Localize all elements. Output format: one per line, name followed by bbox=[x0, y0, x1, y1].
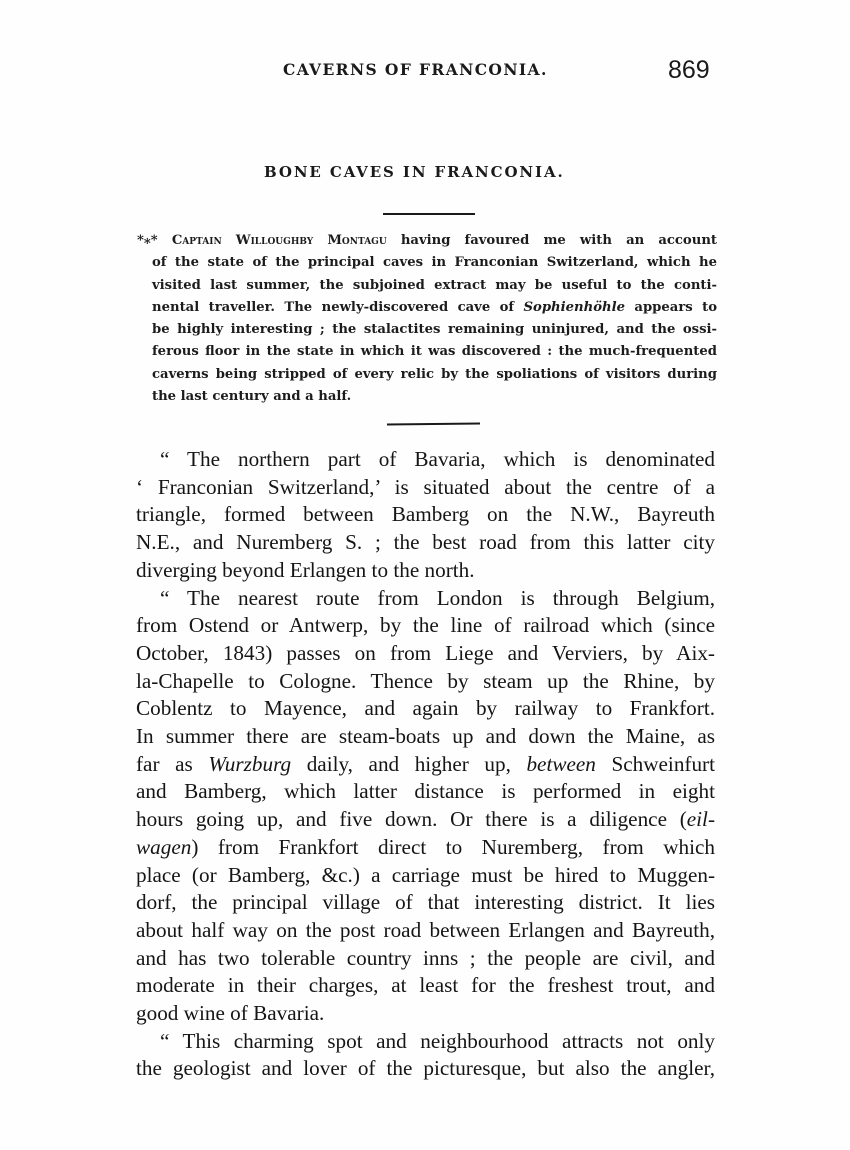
paragraph-2-line: far as Wurzburg daily, and higher up, be… bbox=[136, 751, 715, 779]
paragraph-2-line: wagen) from Frankfort direct to Nurember… bbox=[136, 834, 715, 862]
paragraph-2-line: hours going up, and five down. Or there … bbox=[136, 806, 715, 834]
paragraph-2-line: la-Chapelle to Cologne. Thence by steam … bbox=[136, 668, 715, 696]
paragraph-1-line: diverging beyond Erlangen to the north. bbox=[136, 557, 715, 585]
paragraph-2-line: moderate in their charges, at least for … bbox=[136, 972, 715, 1000]
paragraph-2-line: In summer there are steam-boats up and d… bbox=[136, 723, 715, 751]
paragraph-3-line: “ This charming spot and neighbourhood a… bbox=[136, 1028, 715, 1056]
paragraph-1-line: N.E., and Nuremberg S. ; the best road f… bbox=[136, 529, 715, 557]
book-page: CAVERNS OF FRANCONIA. 869 BONE CAVES IN … bbox=[0, 0, 850, 1150]
note-line: be highly interesting ; the stalactites … bbox=[137, 319, 717, 341]
paragraph-1-line: “ The northern part of Bavaria, which is… bbox=[136, 446, 715, 474]
section-title: BONE CAVES IN FRANCONIA. bbox=[264, 163, 565, 181]
divider-rule-bottom bbox=[387, 423, 480, 426]
note-line: of the state of the principal caves in F… bbox=[137, 252, 717, 274]
note-line: caverns being stripped of every relic by… bbox=[137, 364, 717, 386]
place-name-italic: Wurzburg bbox=[208, 752, 291, 776]
paragraph-2-line: good wine of Bavaria. bbox=[136, 1000, 715, 1028]
paragraph-2-line: about half way on the post road between … bbox=[136, 917, 715, 945]
foreign-word-italic: wagen bbox=[136, 835, 191, 859]
paragraph-2-line: “ The nearest route from London is throu… bbox=[136, 585, 715, 613]
running-title: CAVERNS OF FRANCONIA. bbox=[283, 60, 548, 79]
emphasis-italic: between bbox=[526, 752, 595, 776]
page-number: 869 bbox=[668, 56, 710, 85]
paragraph-1-line: ‘ Franconian Switzerland,’ is situated a… bbox=[136, 474, 715, 502]
note-line: visited last summer, the subjoined extra… bbox=[137, 275, 717, 297]
paragraph-1-line: triangle, formed between Bamberg on the … bbox=[136, 501, 715, 529]
paragraph-2-line: from Ostend or Antwerp, by the line of r… bbox=[136, 612, 715, 640]
foreign-word-italic: eil- bbox=[687, 807, 715, 831]
cave-name-italic: Sophienhöhle bbox=[524, 300, 626, 315]
paragraph-2-line: October, 1843) passes on from Liege and … bbox=[136, 640, 715, 668]
note-line: *⁎* Captain Willoughby Montagu having fa… bbox=[137, 230, 717, 252]
note-line: nental traveller. The newly-discovered c… bbox=[137, 297, 717, 319]
paragraph-2-line: Coblentz to Mayence, and again by railwa… bbox=[136, 695, 715, 723]
paragraph-2-line: dorf, the principal village of that inte… bbox=[136, 889, 715, 917]
body-text: “ The northern part of Bavaria, which is… bbox=[136, 446, 715, 1083]
note-author-name: Captain Willoughby Montagu bbox=[172, 233, 387, 248]
note-marker: *⁎* bbox=[137, 233, 158, 248]
note-line: the last century and a half. bbox=[137, 386, 717, 408]
note-line: ferous floor in the state in which it wa… bbox=[137, 341, 717, 363]
divider-rule-top bbox=[383, 213, 475, 215]
paragraph-3-line: the geologist and lover of the picturesq… bbox=[136, 1055, 715, 1083]
paragraph-2-line: place (or Bamberg, &c.) a carriage must … bbox=[136, 862, 715, 890]
paragraph-2-line: and Bamberg, which latter distance is pe… bbox=[136, 778, 715, 806]
paragraph-2-line: and has two tolerable country inns ; the… bbox=[136, 945, 715, 973]
editorial-note: *⁎* Captain Willoughby Montagu having fa… bbox=[137, 230, 717, 408]
